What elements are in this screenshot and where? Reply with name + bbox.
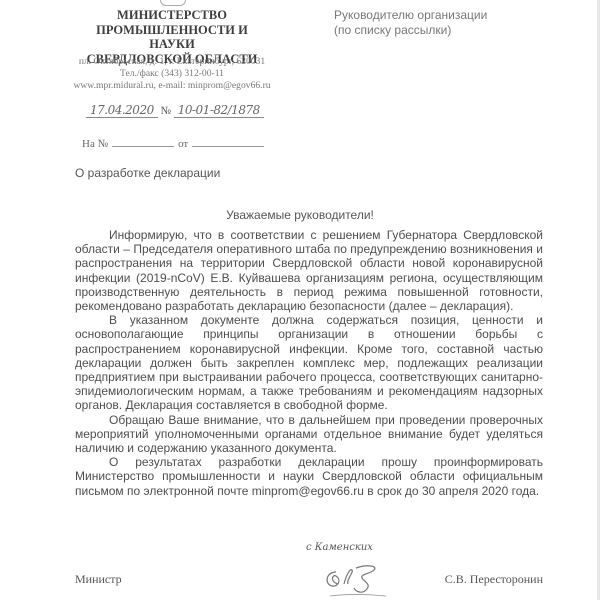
letter-body: Информирую, что в соответствии с решение… xyxy=(75,228,543,498)
registration-date: 17.04.2020 xyxy=(86,103,158,118)
registration-line: 17.04.2020 № 10-01-82/1878 xyxy=(86,103,264,117)
signer-name: С.В. Пересторонин xyxy=(445,572,543,587)
greeting: Уважаемые руководители! xyxy=(0,208,600,222)
ref-label: На № xyxy=(82,138,108,150)
address-line: пл. Октябрьская, д. 1, г. Екатеринбург, … xyxy=(62,56,282,68)
letter-subject: О разработке декларации xyxy=(75,166,220,180)
registration-number: 10-01-82/1878 xyxy=(174,103,264,118)
signature-icon xyxy=(316,558,396,598)
coat-of-arms-icon xyxy=(160,0,186,6)
ministry-contacts: пл. Октябрьская, д. 1, г. Екатеринбург, … xyxy=(62,56,282,92)
paragraph-4: О результатах разработки декларации прош… xyxy=(75,455,543,498)
ref-from-label: от xyxy=(178,138,188,150)
recipient-line-2: (по списку рассылки) xyxy=(334,23,487,38)
web-email-line: www.mpr.midural.ru, e-mail: minprom@egov… xyxy=(62,80,282,92)
paragraph-2: В указанном документе должна содержаться… xyxy=(75,313,543,412)
number-label: № xyxy=(160,105,171,117)
paragraph-1: Информирую, что в соответствии с решение… xyxy=(75,228,543,313)
phone-line: Тел./факс (343) 312-00-11 xyxy=(62,68,282,80)
recipient-line-1: Руководителю организации xyxy=(334,8,487,23)
ref-number-blank xyxy=(112,146,174,147)
paragraph-3: Обращаю Ваше внимание, что в дальнейшем … xyxy=(75,413,543,456)
ministry-line-2: ПРОМЫШЛЕННОСТИ И НАУКИ xyxy=(72,23,272,52)
ref-date-blank xyxy=(192,146,264,147)
recipient-block: Руководителю организации (по списку расс… xyxy=(334,8,487,38)
approval-visa: с Каменских xyxy=(306,542,373,553)
signer-title: Министр xyxy=(75,572,122,587)
reference-line: На №от xyxy=(82,138,268,150)
ministry-line-1: МИНИСТЕРСТВО xyxy=(72,8,272,23)
